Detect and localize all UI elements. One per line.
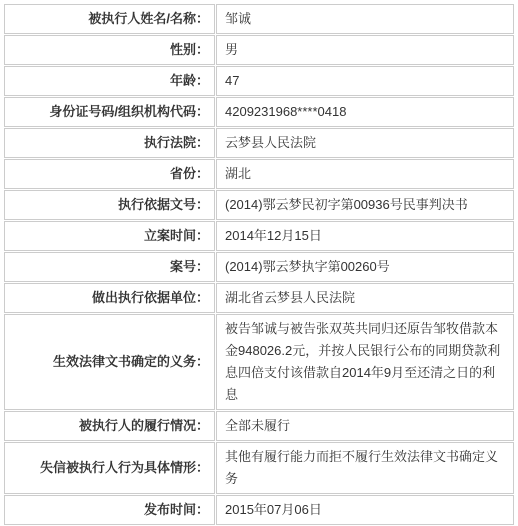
field-label: 被执行人的履行情况： (4, 411, 215, 441)
field-value: (2014)鄂云梦执字第00260号 (216, 252, 514, 282)
field-value: 全部未履行 (216, 411, 514, 441)
field-label: 年龄： (4, 66, 215, 96)
table-row: 省份： 湖北 (4, 159, 514, 189)
field-label: 性别： (4, 35, 215, 65)
field-label: 身份证号码/组织机构代码： (4, 97, 215, 127)
field-value: 2014年12月15日 (216, 221, 514, 251)
field-value: 湖北 (216, 159, 514, 189)
field-label-colon: ： (196, 502, 209, 517)
field-label-colon: ： (196, 166, 209, 181)
field-value: 2015年07月06日 (216, 495, 514, 525)
table-row: 立案时间： 2014年12月15日 (4, 221, 514, 251)
field-value: 4209231968****0418 (216, 97, 514, 127)
field-label-colon: ： (196, 73, 209, 88)
table-row: 执行法院： 云梦县人民法院 (4, 128, 514, 158)
field-value: 其他有履行能力而拒不履行生效法律文书确定义务 (216, 442, 514, 494)
field-label: 执行依据文号： (4, 190, 215, 220)
field-label-text: 案号 (170, 259, 196, 274)
field-value: 男 (216, 35, 514, 65)
field-label-colon: ： (196, 11, 209, 26)
field-value: 被告邹诚与被告张双英共同归还原告邹牧借款本金948026.2元，并按人民银行公布… (216, 314, 514, 410)
field-label-text: 身份证号码/组织机构代码 (49, 104, 196, 119)
field-label-colon: ： (196, 228, 209, 243)
field-label-text: 做出执行依据单位 (92, 290, 196, 305)
field-label: 案号： (4, 252, 215, 282)
field-label-colon: ： (196, 418, 209, 433)
field-value: 邹诚 (216, 4, 514, 34)
field-label-colon: ： (196, 135, 209, 150)
table-row: 被执行人的履行情况： 全部未履行 (4, 411, 514, 441)
field-label-text: 生效法律文书确定的义务 (53, 354, 196, 369)
field-value: 云梦县人民法院 (216, 128, 514, 158)
field-label-text: 立案时间 (144, 228, 196, 243)
field-label: 失信被执行人行为具体情形： (4, 442, 215, 494)
table-row: 被执行人姓名/名称： 邹诚 (4, 4, 514, 34)
field-label: 省份： (4, 159, 215, 189)
table-row: 身份证号码/组织机构代码： 4209231968****0418 (4, 97, 514, 127)
field-label-text: 被执行人的履行情况 (79, 418, 196, 433)
field-label-text: 执行法院 (144, 135, 196, 150)
record-page: 被执行人姓名/名称： 邹诚 性别： 男 年龄： 47 身份证号码/组织机构代码：… (0, 3, 518, 515)
table-row: 生效法律文书确定的义务： 被告邹诚与被告张双英共同归还原告邹牧借款本金94802… (4, 314, 514, 410)
field-label-colon: ： (196, 42, 209, 57)
field-label-colon: ： (196, 354, 209, 369)
field-label: 立案时间： (4, 221, 215, 251)
table-row: 发布时间： 2015年07月06日 (4, 495, 514, 525)
field-label-text: 失信被执行人行为具体情形 (40, 460, 196, 475)
debtor-record-table: 被执行人姓名/名称： 邹诚 性别： 男 年龄： 47 身份证号码/组织机构代码：… (3, 3, 515, 526)
table-row: 案号： (2014)鄂云梦执字第00260号 (4, 252, 514, 282)
field-label-text: 执行依据文号 (118, 197, 196, 212)
table-row: 性别： 男 (4, 35, 514, 65)
field-value: (2014)鄂云梦民初字第00936号民事判决书 (216, 190, 514, 220)
field-value: 湖北省云梦县人民法院 (216, 283, 514, 313)
field-label-colon: ： (196, 460, 209, 475)
table-row: 失信被执行人行为具体情形： 其他有履行能力而拒不履行生效法律文书确定义务 (4, 442, 514, 494)
field-label: 发布时间： (4, 495, 215, 525)
field-value: 47 (216, 66, 514, 96)
field-label-colon: ： (196, 259, 209, 274)
field-label: 生效法律文书确定的义务： (4, 314, 215, 410)
table-row: 执行依据文号： (2014)鄂云梦民初字第00936号民事判决书 (4, 190, 514, 220)
table-row: 年龄： 47 (4, 66, 514, 96)
field-label-text: 年龄 (170, 73, 196, 88)
field-label-text: 被执行人姓名/名称 (88, 11, 196, 26)
field-label: 做出执行依据单位： (4, 283, 215, 313)
field-label: 被执行人姓名/名称： (4, 4, 215, 34)
field-label-text: 性别 (170, 42, 196, 57)
field-label-colon: ： (196, 197, 209, 212)
field-label: 执行法院： (4, 128, 215, 158)
table-row: 做出执行依据单位： 湖北省云梦县人民法院 (4, 283, 514, 313)
field-label-colon: ： (196, 290, 209, 305)
field-label-colon: ： (196, 104, 209, 119)
field-label-text: 省份 (170, 166, 196, 181)
field-label-text: 发布时间 (144, 502, 196, 517)
